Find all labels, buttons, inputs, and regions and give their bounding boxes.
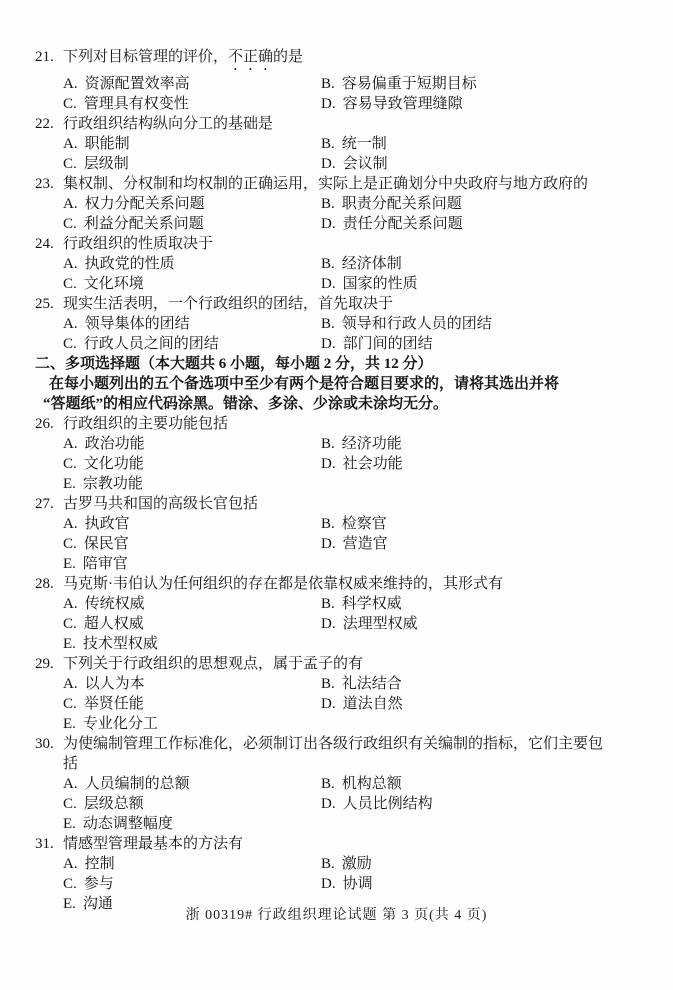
question-28-option-E-text: 技术型权威 xyxy=(83,634,158,654)
question-23-option-C-text: 利益分配关系问题 xyxy=(84,214,204,234)
question-22-option-D-letter: D. xyxy=(321,154,336,174)
question-24-option-C: C.文化环境 xyxy=(63,274,321,294)
question-23-option-D-letter: D. xyxy=(321,214,336,234)
question-27: 27.古罗马共和国的高级长官包括A.执政官B.检察官C.保民官D.营造官E.陪审… xyxy=(35,494,629,574)
question-25-option-C-text: 行政人员之间的团结 xyxy=(84,334,219,354)
question-21-option-B-letter: B. xyxy=(321,74,335,94)
question-26-option-E-letter: E. xyxy=(63,474,76,494)
question-28-stem: 马克斯·韦伯认为任何组织的存在都是依靠权威来维持的，其形式有 xyxy=(63,574,629,594)
question-29-option-row: A.以人为本B.礼法结合 xyxy=(35,674,629,694)
question-26-option-C: C.文化功能 xyxy=(63,454,321,474)
question-28-option-A: A.传统权威 xyxy=(63,594,321,614)
question-25-option-row: C.行政人员之间的团结D.部门间的团结 xyxy=(35,334,629,354)
question-25-option-B-text: 领导和行政人员的团结 xyxy=(342,314,492,334)
question-23-stem: 集权制、分权制和均权制的正确运用，实际上是正确划分中央政府与地方政府的 xyxy=(63,174,629,194)
question-31-option-C-text: 参与 xyxy=(84,874,114,894)
question-31-option-row: A.控制B.激励 xyxy=(35,854,629,874)
question-27-option-E-text: 陪审官 xyxy=(83,554,128,574)
question-29-option-B: B.礼法结合 xyxy=(321,674,402,694)
question-26-option-A: A.政治功能 xyxy=(63,434,321,454)
question-26-option-E-text: 宗教功能 xyxy=(83,474,143,494)
question-27-option-C-text: 保民官 xyxy=(84,534,129,554)
question-25: 25.现实生活表明，一个行政组织的团结，首先取决于A.领导集体的团结B.领导和行… xyxy=(35,294,629,354)
question-24-option-C-text: 文化环境 xyxy=(84,274,144,294)
question-29-option-A: A.以人为本 xyxy=(63,674,321,694)
question-25-option-A-letter: A. xyxy=(63,314,78,334)
question-27-option-A-letter: A. xyxy=(63,514,78,534)
question-23: 23.集权制、分权制和均权制的正确运用，实际上是正确划分中央政府与地方政府的A.… xyxy=(35,174,629,234)
question-28-option-D: D.法理型权威 xyxy=(321,614,418,634)
question-21-option-C-text: 管理具有权变性 xyxy=(84,94,189,114)
question-22-option-D-text: 会议制 xyxy=(343,154,388,174)
question-31-number: 31. xyxy=(35,834,63,854)
question-29-option-B-letter: B. xyxy=(321,674,335,694)
question-25-option-C-letter: C. xyxy=(63,334,77,354)
question-28-stem-text: 马克斯·韦伯认为任何组织的存在都是依靠权威来维持的，其形式有 xyxy=(63,576,503,592)
question-22-option-C: C.层级制 xyxy=(63,154,321,174)
question-28-option-A-letter: A. xyxy=(63,594,78,614)
question-28-option-D-text: 法理型权威 xyxy=(343,614,418,634)
question-21-stem-text: 的是 xyxy=(273,49,303,65)
question-21-option-row: C.管理具有权变性D.容易导致管理缝隙 xyxy=(35,94,629,114)
question-30-option-C: C.层级总额 xyxy=(63,794,321,814)
question-26-stem: 行政组织的主要功能包括 xyxy=(63,414,629,434)
question-30-option-E-text: 动态调整幅度 xyxy=(83,814,173,834)
question-27-option-C-letter: C. xyxy=(63,534,77,554)
question-27-stem-row: 27.古罗马共和国的高级长官包括 xyxy=(35,494,629,514)
question-28-option-A-text: 传统权威 xyxy=(85,594,145,614)
question-31-option-B-letter: B. xyxy=(321,854,335,874)
question-31-option-B-text: 激励 xyxy=(342,854,372,874)
question-30-stem-text: 括 xyxy=(63,756,78,772)
question-30-option-A-text: 人员编制的总额 xyxy=(85,774,190,794)
question-22-stem: 行政组织结构纵向分工的基础是 xyxy=(63,114,629,134)
question-29-option-E-letter: E. xyxy=(63,714,76,734)
question-26-option-E: E.宗教功能 xyxy=(63,474,143,494)
question-24-option-C-letter: C. xyxy=(63,274,77,294)
content: 21.下列对目标管理的评价，不正确的是A.资源配置效率高B.容易偏重于短期目标C… xyxy=(35,47,629,914)
question-27-option-E: E.陪审官 xyxy=(63,554,128,574)
question-26-option-row: A.政治功能B.经济功能 xyxy=(35,434,629,454)
question-28: 28.马克斯·韦伯认为任何组织的存在都是依靠权威来维持的，其形式有A.传统权威B… xyxy=(35,574,629,654)
question-30-option-B: B.机构总额 xyxy=(321,774,402,794)
question-27-option-row: E.陪审官 xyxy=(35,554,629,574)
question-21-option-D-text: 容易导致管理缝隙 xyxy=(343,94,463,114)
question-25-option-row: A.领导集体的团结B.领导和行政人员的团结 xyxy=(35,314,629,334)
question-25-option-A: A.领导集体的团结 xyxy=(63,314,321,334)
question-28-stem-row: 28.马克斯·韦伯认为任何组织的存在都是依靠权威来维持的，其形式有 xyxy=(35,574,629,594)
question-23-stem-text: 集权制、分权制和均权制的正确运用，实际上是正确划分中央政府与地方政府的 xyxy=(63,176,588,192)
question-26-option-D-letter: D. xyxy=(321,454,336,474)
question-21-stem-row: 21.下列对目标管理的评价，不正确的是 xyxy=(35,47,629,74)
question-21-option-C-letter: C. xyxy=(63,94,77,114)
question-25-stem: 现实生活表明，一个行政组织的团结，首先取决于 xyxy=(63,294,629,314)
question-23-option-B-text: 职责分配关系问题 xyxy=(342,194,462,214)
question-28-option-B-letter: B. xyxy=(321,594,335,614)
question-31-option-A: A.控制 xyxy=(63,854,321,874)
question-26-stem-text: 行政组织的主要功能包括 xyxy=(63,416,228,432)
question-22-option-B-letter: B. xyxy=(321,134,335,154)
question-29-option-E: E.专业化分工 xyxy=(63,714,158,734)
question-24-stem-text: 行政组织的性质取决于 xyxy=(63,236,213,252)
question-21-option-C: C.管理具有权变性 xyxy=(63,94,321,114)
question-23-option-D-text: 责任分配关系问题 xyxy=(343,214,463,234)
question-24-option-D-letter: D. xyxy=(321,274,336,294)
question-27-option-A: A.执政官 xyxy=(63,514,321,534)
question-31-option-D-letter: D. xyxy=(321,874,336,894)
question-22-option-A-text: 职能制 xyxy=(85,134,130,154)
question-24-stem-row: 24.行政组织的性质取决于 xyxy=(35,234,629,254)
question-24-option-D: D.国家的性质 xyxy=(321,274,418,294)
question-29-option-C: C.举贤任能 xyxy=(63,694,321,714)
question-25-number: 25. xyxy=(35,294,63,314)
question-21-emphasized-text: 不正确 xyxy=(228,49,273,65)
question-25-stem-row: 25.现实生活表明，一个行政组织的团结，首先取决于 xyxy=(35,294,629,314)
question-29-option-C-letter: C. xyxy=(63,694,77,714)
question-23-number: 23. xyxy=(35,174,63,194)
question-30-number: 30. xyxy=(35,734,63,754)
question-25-option-B-letter: B. xyxy=(321,314,335,334)
question-27-number: 27. xyxy=(35,494,63,514)
question-22-option-C-letter: C. xyxy=(63,154,77,174)
question-21-option-A: A.资源配置效率高 xyxy=(63,74,321,94)
question-28-option-B-text: 科学权威 xyxy=(342,594,402,614)
question-30-option-A-letter: A. xyxy=(63,774,78,794)
question-26-option-B-text: 经济功能 xyxy=(342,434,402,454)
question-25-option-D: D.部门间的团结 xyxy=(321,334,433,354)
question-28-option-E: E.技术型权威 xyxy=(63,634,158,654)
question-24-option-A-letter: A. xyxy=(63,254,78,274)
question-31-stem-text: 情感型管理最基本的方法有 xyxy=(63,836,243,852)
question-21-option-row: A.资源配置效率高B.容易偏重于短期目标 xyxy=(35,74,629,94)
question-22-number: 22. xyxy=(35,114,63,134)
question-23-option-A-letter: A. xyxy=(63,194,78,214)
section-2-title: 二、多项选择题（本大题共 6 小题，每小题 2 分，共 12 分） xyxy=(35,354,629,374)
question-30-option-D-text: 人员比例结构 xyxy=(343,794,433,814)
question-27-stem: 古罗马共和国的高级长官包括 xyxy=(63,494,629,514)
question-30-option-row: A.人员编制的总额B.机构总额 xyxy=(35,774,629,794)
question-31-option-C-letter: C. xyxy=(63,874,77,894)
question-27-option-row: A.执政官B.检察官 xyxy=(35,514,629,534)
question-21: 21.下列对目标管理的评价，不正确的是A.资源配置效率高B.容易偏重于短期目标C… xyxy=(35,47,629,114)
question-25-option-D-letter: D. xyxy=(321,334,336,354)
question-29-number: 29. xyxy=(35,654,63,674)
question-25-option-A-text: 领导集体的团结 xyxy=(85,314,190,334)
question-22-stem-row: 22.行政组织结构纵向分工的基础是 xyxy=(35,114,629,134)
question-21-stem-text: 下列对目标管理的评价， xyxy=(63,49,228,65)
question-22-option-C-text: 层级制 xyxy=(84,154,129,174)
question-29-option-D: D.道法自然 xyxy=(321,694,403,714)
question-27-option-B: B.检察官 xyxy=(321,514,387,534)
question-29-stem-row: 29.下列关于行政组织的思想观点，属于孟子的有 xyxy=(35,654,629,674)
question-29-option-row: E.专业化分工 xyxy=(35,714,629,734)
question-21-stem: 下列对目标管理的评价，不正确的是 xyxy=(63,47,629,74)
question-26-option-B: B.经济功能 xyxy=(321,434,402,454)
question-24-option-row: A.执政党的性质B.经济体制 xyxy=(35,254,629,274)
question-23-option-D: D.责任分配关系问题 xyxy=(321,214,463,234)
question-26-number: 26. xyxy=(35,414,63,434)
question-21-option-A-letter: A. xyxy=(63,74,78,94)
question-31-option-A-text: 控制 xyxy=(85,854,115,874)
question-31-stem: 情感型管理最基本的方法有 xyxy=(63,834,629,854)
question-23-option-C-letter: C. xyxy=(63,214,77,234)
question-27-option-D-letter: D. xyxy=(321,534,336,554)
question-21-option-A-text: 资源配置效率高 xyxy=(85,74,190,94)
question-24-option-row: C.文化环境D.国家的性质 xyxy=(35,274,629,294)
question-30-option-A: A.人员编制的总额 xyxy=(63,774,321,794)
question-28-option-row: E.技术型权威 xyxy=(35,634,629,654)
question-22-option-row: A.职能制B.统一制 xyxy=(35,134,629,154)
question-30-option-D: D.人员比例结构 xyxy=(321,794,433,814)
exam-page: 21.下列对目标管理的评价，不正确的是A.资源配置效率高B.容易偏重于短期目标C… xyxy=(0,0,673,990)
question-25-stem-text: 现实生活表明，一个行政组织的团结，首先取决于 xyxy=(63,296,393,312)
question-26-option-row: E.宗教功能 xyxy=(35,474,629,494)
question-22-option-B-text: 统一制 xyxy=(342,134,387,154)
question-26-option-D: D.社会功能 xyxy=(321,454,403,474)
question-28-number: 28. xyxy=(35,574,63,594)
section-2-instruction-line-2: “答题纸”的相应代码涂黑。错涂、多涂、少涂或未涂均无分。 xyxy=(35,394,629,414)
question-30-option-E-letter: E. xyxy=(63,814,76,834)
question-26-option-A-text: 政治功能 xyxy=(85,434,145,454)
question-29-option-row: C.举贤任能D.道法自然 xyxy=(35,694,629,714)
question-31-option-row: C.参与D.协调 xyxy=(35,874,629,894)
question-25-option-B: B.领导和行政人员的团结 xyxy=(321,314,492,334)
question-31: 31.情感型管理最基本的方法有A.控制B.激励C.参与D.协调E.沟通 xyxy=(35,834,629,914)
question-31-option-D: D.协调 xyxy=(321,874,373,894)
question-24-option-A: A.执政党的性质 xyxy=(63,254,321,274)
question-25-option-D-text: 部门间的团结 xyxy=(343,334,433,354)
question-29-option-D-letter: D. xyxy=(321,694,336,714)
question-22-option-A: A.职能制 xyxy=(63,134,321,154)
question-21-option-B-text: 容易偏重于短期目标 xyxy=(342,74,477,94)
question-30: 30.为使编制管理工作标准化，必须制订出各级行政组织有关编制的指标，它们主要包括… xyxy=(35,734,629,834)
question-28-option-C: C.超人权威 xyxy=(63,614,321,634)
question-28-option-C-text: 超人权威 xyxy=(84,614,144,634)
question-24-option-D-text: 国家的性质 xyxy=(343,274,418,294)
question-30-option-row: C.层级总额D.人员比例结构 xyxy=(35,794,629,814)
question-26-option-B-letter: B. xyxy=(321,434,335,454)
question-29-option-B-text: 礼法结合 xyxy=(342,674,402,694)
question-31-option-A-letter: A. xyxy=(63,854,78,874)
question-22-option-A-letter: A. xyxy=(63,134,78,154)
question-24-option-B: B.经济体制 xyxy=(321,254,402,274)
question-26-option-C-letter: C. xyxy=(63,454,77,474)
question-22-option-B: B.统一制 xyxy=(321,134,387,154)
question-30-option-C-text: 层级总额 xyxy=(84,794,144,814)
question-26-option-C-text: 文化功能 xyxy=(84,454,144,474)
question-27-option-D-text: 营造官 xyxy=(343,534,388,554)
question-30-option-row: E.动态调整幅度 xyxy=(35,814,629,834)
question-27-option-E-letter: E. xyxy=(63,554,76,574)
question-21-option-D: D.容易导致管理缝隙 xyxy=(321,94,463,114)
question-30-stem: 为使编制管理工作标准化，必须制订出各级行政组织有关编制的指标，它们主要包 xyxy=(63,734,629,754)
question-23-option-row: C.利益分配关系问题D.责任分配关系问题 xyxy=(35,214,629,234)
question-30-stem-continued: 括 xyxy=(35,754,629,774)
question-26-stem-row: 26.行政组织的主要功能包括 xyxy=(35,414,629,434)
question-21-option-B: B.容易偏重于短期目标 xyxy=(321,74,477,94)
question-27-option-row: C.保民官D.营造官 xyxy=(35,534,629,554)
question-31-stem-row: 31.情感型管理最基本的方法有 xyxy=(35,834,629,854)
question-23-option-A: A.权力分配关系问题 xyxy=(63,194,321,214)
question-29-stem: 下列关于行政组织的思想观点，属于孟子的有 xyxy=(63,654,629,674)
question-22-option-D: D.会议制 xyxy=(321,154,388,174)
question-29-stem-text: 下列关于行政组织的思想观点，属于孟子的有 xyxy=(63,656,363,672)
question-23-stem-row: 23.集权制、分权制和均权制的正确运用，实际上是正确划分中央政府与地方政府的 xyxy=(35,174,629,194)
question-29-option-E-text: 专业化分工 xyxy=(83,714,158,734)
question-24: 24.行政组织的性质取决于A.执政党的性质B.经济体制C.文化环境D.国家的性质 xyxy=(35,234,629,294)
question-29-option-D-text: 道法自然 xyxy=(343,694,403,714)
question-26: 26.行政组织的主要功能包括A.政治功能B.经济功能C.文化功能D.社会功能E.… xyxy=(35,414,629,494)
question-30-option-D-letter: D. xyxy=(321,794,336,814)
question-26-option-D-text: 社会功能 xyxy=(343,454,403,474)
question-24-number: 24. xyxy=(35,234,63,254)
question-27-option-D: D.营造官 xyxy=(321,534,388,554)
question-28-option-D-letter: D. xyxy=(321,614,336,634)
page-footer: 浙 00319# 行政组织理论试题 第 3 页(共 4 页) xyxy=(0,906,673,926)
section-2-header: 二、多项选择题（本大题共 6 小题，每小题 2 分，共 12 分）在每小题列出的… xyxy=(35,354,629,414)
question-22-stem-text: 行政组织结构纵向分工的基础是 xyxy=(63,116,273,132)
question-28-option-B: B.科学权威 xyxy=(321,594,402,614)
question-22: 22.行政组织结构纵向分工的基础是A.职能制B.统一制C.层级制D.会议制 xyxy=(35,114,629,174)
question-30-stem-row: 30.为使编制管理工作标准化，必须制订出各级行政组织有关编制的指标，它们主要包 xyxy=(35,734,629,754)
question-28-option-row: A.传统权威B.科学权威 xyxy=(35,594,629,614)
question-27-option-B-letter: B. xyxy=(321,514,335,534)
question-24-option-A-text: 执政党的性质 xyxy=(85,254,175,274)
question-29: 29.下列关于行政组织的思想观点，属于孟子的有A.以人为本B.礼法结合C.举贤任… xyxy=(35,654,629,734)
question-26-option-row: C.文化功能D.社会功能 xyxy=(35,454,629,474)
question-29-option-A-text: 以人为本 xyxy=(85,674,145,694)
question-30-option-E: E.动态调整幅度 xyxy=(63,814,173,834)
question-21-number: 21. xyxy=(35,47,63,74)
question-31-option-D-text: 协调 xyxy=(343,874,373,894)
question-23-option-B-letter: B. xyxy=(321,194,335,214)
question-24-stem: 行政组织的性质取决于 xyxy=(63,234,629,254)
question-23-option-B: B.职责分配关系问题 xyxy=(321,194,462,214)
question-27-option-C: C.保民官 xyxy=(63,534,321,554)
question-25-option-C: C.行政人员之间的团结 xyxy=(63,334,321,354)
question-29-option-A-letter: A. xyxy=(63,674,78,694)
question-22-option-row: C.层级制D.会议制 xyxy=(35,154,629,174)
question-26-option-A-letter: A. xyxy=(63,434,78,454)
question-27-option-B-text: 检察官 xyxy=(342,514,387,534)
question-30-option-B-letter: B. xyxy=(321,774,335,794)
question-31-option-B: B.激励 xyxy=(321,854,372,874)
question-28-option-E-letter: E. xyxy=(63,634,76,654)
question-21-option-D-letter: D. xyxy=(321,94,336,114)
question-27-stem-text: 古罗马共和国的高级长官包括 xyxy=(63,496,258,512)
question-24-option-B-letter: B. xyxy=(321,254,335,274)
question-29-option-C-text: 举贤任能 xyxy=(84,694,144,714)
question-30-option-B-text: 机构总额 xyxy=(342,774,402,794)
question-30-stem-text: 为使编制管理工作标准化，必须制订出各级行政组织有关编制的指标，它们主要包 xyxy=(63,736,603,752)
question-24-option-B-text: 经济体制 xyxy=(342,254,402,274)
question-28-option-row: C.超人权威D.法理型权威 xyxy=(35,614,629,634)
question-28-option-C-letter: C. xyxy=(63,614,77,634)
question-23-option-A-text: 权力分配关系问题 xyxy=(85,194,205,214)
question-27-option-A-text: 执政官 xyxy=(85,514,130,534)
question-31-option-C: C.参与 xyxy=(63,874,321,894)
question-23-option-row: A.权力分配关系问题B.职责分配关系问题 xyxy=(35,194,629,214)
section-2-instruction-line-1: 在每小题列出的五个备选项中至少有两个是符合题目要求的，请将其选出并将 xyxy=(35,374,629,394)
question-23-option-C: C.利益分配关系问题 xyxy=(63,214,321,234)
question-30-option-C-letter: C. xyxy=(63,794,77,814)
